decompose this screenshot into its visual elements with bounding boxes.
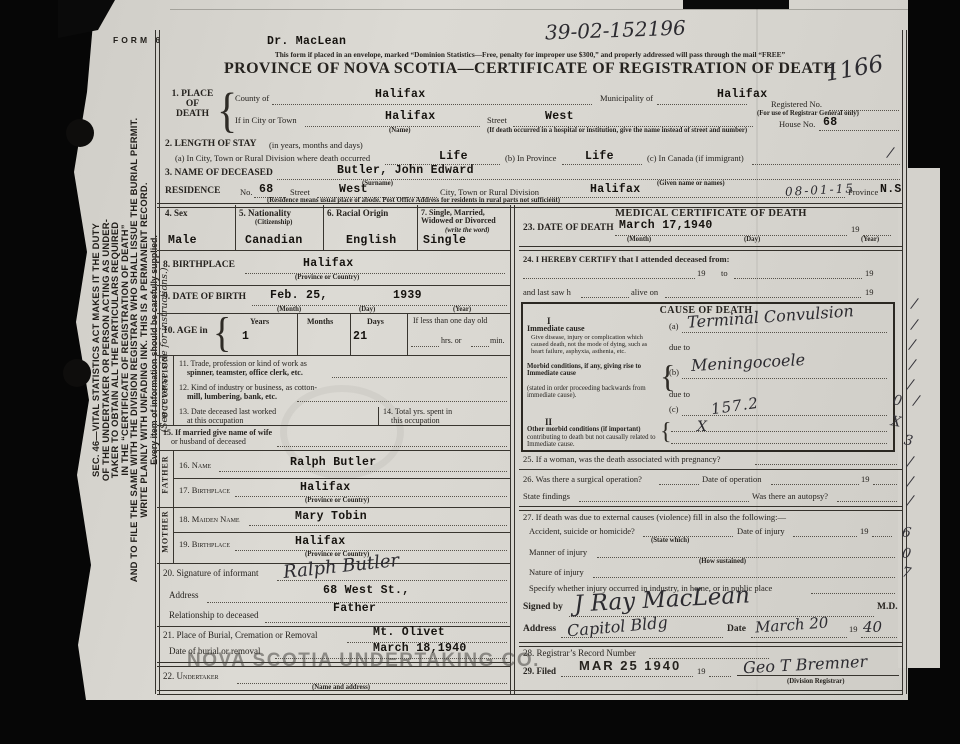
dotted-line bbox=[523, 277, 695, 279]
state-which-note: (State which) bbox=[651, 537, 689, 544]
given-name-note: (Given name or names) bbox=[657, 180, 725, 187]
months-label: Months bbox=[307, 318, 333, 326]
cell-border bbox=[297, 313, 298, 355]
row-divider bbox=[157, 626, 510, 627]
due-to-label: due to bbox=[669, 390, 690, 399]
municipality-label: Municipality of bbox=[600, 94, 653, 103]
years-value: 1 bbox=[242, 330, 249, 343]
cell-border bbox=[323, 205, 324, 250]
residence-no-label: No. bbox=[240, 188, 253, 197]
residence-city-label: City, Town or Rural Division bbox=[440, 188, 539, 197]
personal-particulars-column: 4. Sex Male 5. Nationality (Citizenship)… bbox=[157, 205, 510, 694]
how-sustained-note: (How sustained) bbox=[699, 558, 746, 565]
registered-no-note: (For use of Registrar General only) bbox=[757, 110, 859, 117]
undertaker-stamp: NOVA SCOTIA UNDERTAKING CO. bbox=[187, 650, 540, 672]
group-border bbox=[173, 507, 174, 563]
filed-year: 19 bbox=[697, 667, 706, 676]
signed-year-handwritten: 40 bbox=[863, 618, 882, 636]
dotted-line bbox=[562, 163, 642, 165]
sheet-edge bbox=[170, 9, 908, 10]
dotted-line bbox=[734, 277, 862, 279]
column-divider bbox=[510, 205, 515, 694]
row-divider bbox=[157, 425, 510, 426]
envelope-note: This form if placed in an envelope, mark… bbox=[157, 50, 903, 59]
cell-border bbox=[417, 205, 418, 250]
spouse-label-2: or husband of deceased bbox=[171, 438, 246, 447]
certify-label: 24. I HEREBY CERTIFY that I attended dec… bbox=[523, 255, 729, 264]
dotted-line bbox=[665, 296, 861, 298]
doctor-note: Dr. MacLean bbox=[267, 35, 346, 48]
name-note: (Name) bbox=[389, 127, 411, 134]
dotted-line bbox=[235, 495, 507, 497]
sidebar-instructions: SEC. 46—VITAL STATISTICS ACT MAKES IT TH… bbox=[90, 0, 162, 700]
dotted-line bbox=[235, 549, 507, 551]
informant-signature-label: 20. Signature of informant bbox=[163, 569, 258, 578]
father-name-label: 16. Name bbox=[179, 461, 211, 470]
signature-line bbox=[737, 675, 899, 676]
occupation-group-label: OCCUPATION bbox=[161, 352, 170, 422]
dotted-line bbox=[682, 377, 887, 379]
external-causes-label: 27. If death was due to external causes … bbox=[523, 513, 786, 522]
father-birthplace-label: 17. Birthplace bbox=[179, 486, 230, 495]
length-of-stay-label: 2. LENGTH OF STAY bbox=[165, 140, 257, 150]
relationship-value: Father bbox=[333, 602, 376, 615]
date-injury-label: Date of injury bbox=[737, 527, 785, 536]
dotted-line bbox=[265, 621, 507, 623]
md-label: M.D. bbox=[877, 603, 898, 613]
autopsy-label: Was there an autopsy? bbox=[752, 492, 828, 501]
dotted-line bbox=[471, 345, 489, 347]
racial-origin-value: English bbox=[346, 234, 396, 247]
sidebar-line: WRITE PLAINLY WITH UNFADING INK. THIS IS… bbox=[139, 20, 149, 680]
stay-city-label: (a) In City, Town or Rural Division wher… bbox=[175, 154, 370, 163]
row-divider bbox=[173, 478, 510, 479]
nationality-value: Canadian bbox=[245, 234, 303, 247]
dotted-line bbox=[657, 103, 747, 105]
year-pre: 19 bbox=[851, 225, 860, 234]
certify-year1: 19 bbox=[697, 269, 706, 278]
row-divider bbox=[157, 507, 510, 508]
stay-canada-label: (c) In Canada (if immigrant) bbox=[647, 154, 744, 163]
industry-label-2: mill, lumbering, bank, etc. bbox=[187, 393, 277, 402]
undertaker-label: 22. Undertaker bbox=[163, 672, 219, 681]
dotted-line bbox=[837, 500, 897, 502]
relationship-label: Relationship to deceased bbox=[169, 611, 258, 620]
marital-status-value: Single bbox=[423, 234, 466, 247]
burial-place-value: Mt. Olivet bbox=[373, 626, 445, 639]
morbid-note: (stated in order proceeding backwards fr… bbox=[527, 385, 663, 400]
month-note: (Month) bbox=[627, 236, 651, 243]
backing-gap bbox=[683, 0, 789, 9]
informant-address-label: Address bbox=[169, 591, 199, 600]
immediate-cause-note: Give disease, injury or complication whi… bbox=[531, 334, 661, 355]
dotted-line bbox=[709, 675, 731, 677]
morbid-label: Morbid conditions, if any, giving rise t… bbox=[527, 363, 663, 378]
row-divider bbox=[157, 250, 510, 251]
dotted-line bbox=[277, 445, 507, 447]
years-label: Years bbox=[250, 318, 269, 326]
row-divider bbox=[157, 285, 510, 286]
date-of-birth-label: 9. DATE OF BIRTH bbox=[163, 293, 246, 303]
street-value: West bbox=[545, 110, 574, 123]
row-divider bbox=[519, 506, 903, 511]
dotted-line bbox=[671, 442, 887, 444]
dotted-line bbox=[682, 331, 887, 333]
dotted-line bbox=[861, 636, 897, 638]
hole-punch bbox=[63, 359, 91, 387]
operation-label: 26. Was there a surgical operation? bbox=[523, 475, 642, 484]
filed-label: 29. Filed bbox=[523, 667, 556, 676]
less-than-day-label: If less than one day old bbox=[413, 317, 487, 326]
row-divider bbox=[173, 532, 510, 533]
place-of-death-label: 1. PLACE OF DEATH bbox=[165, 90, 220, 120]
dotted-line bbox=[332, 376, 507, 378]
medical-title: MEDICAL CERTIFICATE OF DEATH bbox=[519, 208, 903, 219]
name-of-deceased-label: 3. NAME OF DECEASED bbox=[165, 169, 273, 179]
dotted-line bbox=[561, 675, 693, 677]
father-name-value: Ralph Butler bbox=[290, 456, 376, 469]
dotted-line bbox=[659, 483, 699, 485]
immediate-cause-label: Immediate cause bbox=[527, 325, 585, 333]
row-divider bbox=[519, 642, 903, 647]
signed-year-pre: 19 bbox=[849, 625, 858, 634]
dotted-line bbox=[873, 483, 897, 485]
sex-label: 4. Sex bbox=[165, 209, 188, 218]
pregnancy-label: 25. If a woman, was the death associated… bbox=[523, 455, 721, 464]
min-label: min. bbox=[490, 337, 504, 346]
burial-place-label: 21. Place of Burial, Cremation or Remova… bbox=[163, 631, 317, 640]
cell-border bbox=[407, 313, 408, 355]
brace: { bbox=[213, 309, 231, 357]
row-divider bbox=[157, 355, 510, 356]
medical-certificate-column: MEDICAL CERTIFICATE OF DEATH 23. DATE OF… bbox=[519, 205, 903, 694]
father-birthplace-value: Halifax bbox=[300, 481, 350, 494]
residence-street-label: Street bbox=[290, 188, 310, 197]
dotted-line bbox=[219, 470, 507, 472]
hrs-label: hrs. or bbox=[441, 337, 461, 346]
day-note: (Day) bbox=[744, 236, 760, 243]
street-label: Street bbox=[487, 116, 507, 125]
city-town-value: Halifax bbox=[385, 110, 435, 123]
row-divider bbox=[519, 469, 903, 470]
dotted-line bbox=[297, 400, 507, 402]
mother-maiden-value: Mary Tobin bbox=[295, 510, 367, 523]
residence-street-value: West bbox=[339, 183, 368, 196]
division-registrar-signature-handwritten: Geo T Bremner bbox=[743, 652, 868, 677]
nationality-label: 5. Nationality bbox=[239, 209, 291, 218]
dotted-line bbox=[755, 463, 897, 465]
age-label: 10. AGE in bbox=[163, 327, 208, 337]
dotted-line bbox=[579, 500, 749, 502]
other-morbid-label: Other morbid conditions (if important) bbox=[527, 426, 663, 433]
racial-origin-label: 6. Racial Origin bbox=[327, 209, 388, 218]
street-note: (If death occurred in a hospital or inst… bbox=[487, 127, 767, 134]
certificate-title: PROVINCE OF NOVA SCOTIA—CERTIFICATE OF R… bbox=[157, 60, 903, 78]
city-town-label: If in City or Town bbox=[235, 116, 297, 125]
accident-label: Accident, suicide or homicide? bbox=[529, 527, 635, 536]
county-label: County of bbox=[235, 94, 269, 103]
days-label: Days bbox=[367, 318, 384, 326]
findings-label: State findings bbox=[523, 492, 570, 501]
residence-label: RESIDENCE bbox=[165, 187, 220, 197]
certificate-form: Dr. MacLean 39-02-152196 This form if pl… bbox=[157, 26, 903, 694]
dotted-line bbox=[593, 576, 895, 578]
province-country-note: (Province or Country) bbox=[295, 274, 359, 281]
dotted-line bbox=[793, 535, 857, 537]
row-divider bbox=[157, 450, 510, 451]
alive-on-label: alive on bbox=[631, 288, 658, 297]
to-label: to bbox=[721, 269, 728, 278]
date-of-birth-year: 1939 bbox=[393, 289, 422, 302]
cell-border bbox=[378, 407, 379, 425]
residence-province-value: N.S bbox=[880, 183, 902, 196]
trade-label-2: spinner, teamster, office clerk, etc. bbox=[187, 369, 303, 378]
dotted-line bbox=[237, 682, 507, 684]
operation-year: 19 bbox=[861, 475, 870, 484]
brace: { bbox=[660, 419, 672, 446]
dotted-line bbox=[819, 129, 899, 131]
date-of-birth-monthday: Feb. 25, bbox=[270, 289, 328, 302]
due-to-label: due to bbox=[669, 343, 690, 352]
dotted-line bbox=[249, 524, 507, 526]
name-address-note: (Name and address) bbox=[312, 684, 370, 691]
county-value: Halifax bbox=[375, 88, 425, 101]
stay-province-label: (b) In Province bbox=[505, 154, 556, 163]
physician-address-label: Address bbox=[523, 625, 556, 635]
municipality-value: Halifax bbox=[717, 88, 767, 101]
stay-province-value: Life bbox=[585, 150, 614, 163]
date-of-death-label: 23. DATE OF DEATH bbox=[523, 224, 614, 234]
stay-city-value: Life bbox=[439, 150, 468, 163]
cell-border bbox=[235, 205, 236, 250]
residence-no-value: 68 bbox=[259, 183, 273, 196]
mother-group-label: MOTHER bbox=[161, 497, 170, 567]
date-of-death-value: March 17,1940 bbox=[619, 219, 713, 232]
cell-border bbox=[350, 313, 351, 355]
row-divider bbox=[519, 246, 903, 251]
dotted-line bbox=[771, 483, 859, 485]
days-value: 21 bbox=[353, 330, 367, 343]
certify-year2: 19 bbox=[865, 269, 874, 278]
name-of-deceased-value: Butler, John Edward bbox=[337, 164, 474, 177]
cause-b-label: (b) bbox=[669, 368, 679, 377]
row-divider bbox=[157, 313, 510, 314]
catalog-number-handwritten: 39-02-152196 bbox=[545, 16, 687, 45]
province-country-note: (Province or Country) bbox=[305, 497, 369, 504]
signed-date-handwritten: March 20 bbox=[754, 613, 828, 636]
certify-year3: 19 bbox=[865, 288, 874, 297]
dotted-line bbox=[752, 163, 900, 165]
sex-value: Male bbox=[168, 234, 197, 247]
birthplace-label: 8. BIRTHPLACE bbox=[163, 261, 235, 271]
year-note: (Year) bbox=[861, 236, 879, 243]
other-morbid-value-handwritten: X bbox=[697, 419, 707, 435]
dotted-line bbox=[581, 296, 629, 298]
signed-date-label: Date bbox=[727, 625, 746, 635]
house-no-value: 68 bbox=[823, 116, 837, 129]
injury-year: 19 bbox=[860, 527, 869, 536]
operation-date-label: Date of operation bbox=[702, 475, 761, 484]
dotted-line bbox=[751, 636, 847, 638]
group-border bbox=[173, 355, 174, 425]
nature-label: Nature of injury bbox=[529, 568, 584, 577]
cause-a-label: (a) bbox=[669, 322, 678, 331]
marital-status-label: 7. Single, Married, Widowed or Divorced bbox=[421, 209, 507, 226]
informant-address-value: 68 West St., bbox=[323, 584, 409, 597]
cause-c-label: (c) bbox=[669, 405, 678, 414]
dotted-line bbox=[811, 592, 895, 594]
mother-birthplace-value: Halifax bbox=[295, 535, 345, 548]
filed-date-stamp: MAR 25 1940 bbox=[579, 658, 681, 673]
dotted-line bbox=[872, 535, 892, 537]
birthplace-value: Halifax bbox=[303, 257, 353, 270]
length-of-stay-note: (in years, months and days) bbox=[269, 141, 363, 150]
signed-by-label: Signed by bbox=[523, 603, 563, 613]
residence-city-value: Halifax bbox=[590, 183, 640, 196]
house-no-label: House No. bbox=[779, 120, 815, 129]
last-saw-label: and last saw h bbox=[523, 288, 571, 297]
registered-no-label: Registered No. bbox=[771, 100, 822, 109]
citizenship-note: (Citizenship) bbox=[255, 219, 292, 226]
other-morbid-note: contributing to death but not causally r… bbox=[527, 434, 663, 449]
division-registrar-note: (Division Registrar) bbox=[787, 678, 845, 685]
dotted-line bbox=[272, 103, 592, 105]
mother-maiden-label: 18. Maiden Name bbox=[179, 515, 240, 524]
dotted-line bbox=[411, 345, 439, 347]
mother-birthplace-label: 19. Birthplace bbox=[179, 540, 230, 549]
manner-label: Manner of injury bbox=[529, 548, 587, 557]
dotted-line bbox=[245, 272, 505, 274]
